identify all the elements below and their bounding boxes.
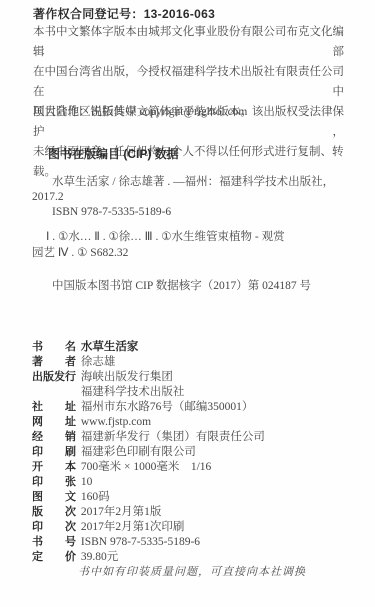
copyright-registration-number: 著作权合同登记号：13-2016-063: [33, 6, 215, 22]
cip-verification-number: 中国版本图书馆 CIP 数据核字（2017）第 024187 号: [52, 279, 311, 294]
cip-classification-line-2: 园艺 Ⅳ . ① S682.32: [32, 246, 128, 261]
colophon-label: 书 名: [32, 340, 78, 355]
colophon-label: 著 者: [32, 355, 78, 370]
colophon-label: 经 销: [32, 430, 78, 445]
colophon-value-edition: 2017年2月第1版: [81, 506, 162, 518]
colophon-value-sheets: 10: [81, 476, 93, 488]
colophon-value-isbn: ISBN 978-7-5335-5189-6: [81, 536, 200, 548]
colophon-value-pages: 160码: [81, 491, 110, 503]
cip-record-line-2: 2017.2: [32, 190, 64, 205]
quality-exchange-note: 书中如有印装质量问题，可直接向本社调换: [32, 565, 352, 580]
colophon-row-publisher-cont: 福建科学技术出版社: [32, 385, 352, 400]
colophon-value-author: 徐志雄: [81, 356, 116, 368]
colophon-label: 书 号: [32, 535, 78, 550]
colophon-label: 印 张: [32, 475, 78, 490]
colophon-label: 印 次: [32, 520, 78, 535]
colophon-row-impression: 印 次 2017年2月第1次印刷: [32, 520, 352, 535]
colophon-label: 社 址: [32, 400, 78, 415]
colophon-row-edition: 版 次 2017年2月第1版: [32, 505, 352, 520]
colophon-label: 图 文: [32, 490, 78, 505]
colophon-value-publisher-press: 福建科学技术出版社: [81, 386, 185, 398]
copyright-page: 著作权合同登记号：13-2016-063 本书中文繁体字版本由城邦文化事业股份有…: [0, 0, 375, 607]
license-line-2: 在中国台湾省出版，今授权福建科学技术出版社有限责任公司在中: [33, 62, 344, 102]
colophon-row-address: 社 址 福州市东水路76号（邮编350001）: [32, 400, 352, 415]
colophon-row-website: 网 址 www.fjstp.com: [32, 415, 352, 430]
colophon-row-format: 开 本 700毫米 × 1000毫米 1/16: [32, 460, 352, 475]
colophon-label: 出版发行: [32, 370, 78, 385]
colophon-row-publisher: 出版发行 海峡出版发行集团: [32, 370, 352, 385]
colophon-row-printer: 印 刷 福建彩色印刷有限公司: [32, 445, 352, 460]
colophon-row-distributor: 经 销 福建新华发行（集团）有限责任公司: [32, 430, 352, 445]
colophon-table: 书 名 水草生活家 著 者 徐志雄 出版发行 海峡出版发行集团 福建科学技术出版…: [32, 340, 352, 580]
colophon-value-publisher-group: 海峡出版发行集团: [81, 371, 173, 383]
colophon-value-price: 39.80元: [81, 551, 118, 563]
colophon-row-price: 定 价 39.80元: [32, 550, 352, 565]
colophon-row-sheets: 印 张 10: [32, 475, 352, 490]
colophon-value-book-title: 水草生活家: [81, 341, 139, 353]
colophon-label: 印 刷: [32, 445, 78, 460]
colophon-value-impression: 2017年2月第1次印刷: [81, 521, 185, 533]
colophon-value-printer: 福建彩色印刷有限公司: [81, 446, 196, 458]
cip-classification-line-1: Ⅰ . ①水… Ⅱ . ①徐… Ⅲ . ①水生维管束植物 - 观赏: [46, 230, 285, 245]
colophon-row-author: 著 者 徐志雄: [32, 355, 352, 370]
colophon-row-title: 书 名 水草生活家: [32, 340, 352, 355]
colophon-row-pages: 图 文 160码: [32, 490, 352, 505]
colophon-value-format: 700毫米 × 1000毫米 1/16: [81, 461, 211, 473]
cip-heading: 图书在版编目 (CIP) 数据: [48, 146, 179, 162]
colophon-label: 网 址: [32, 415, 78, 430]
colophon-label: 版 次: [32, 505, 78, 520]
license-line-1: 本书中文繁体字版本由城邦文化事业股份有限公司布克文化编辑部: [33, 22, 344, 62]
colophon-row-isbn: 书 号 ISBN 978-7-5335-5189-6: [32, 535, 352, 550]
colophon-value-address: 福州市东水路76号（邮编350001）: [81, 401, 254, 413]
project-cooperation-line: 项目合作：锐拓传媒 copyright@rightol.com: [33, 104, 247, 120]
colophon-value-distributor: 福建新华发行（集团）有限责任公司: [81, 431, 265, 443]
cip-isbn: ISBN 978-7-5335-5189-6: [52, 205, 171, 220]
colophon-label: 定 价: [32, 550, 78, 565]
cip-record-line-1: 水草生活家 / 徐志雄著 . —福州：福建科学技术出版社，: [52, 175, 334, 190]
colophon-label: 开 本: [32, 460, 78, 475]
colophon-value-website: www.fjstp.com: [81, 416, 151, 428]
